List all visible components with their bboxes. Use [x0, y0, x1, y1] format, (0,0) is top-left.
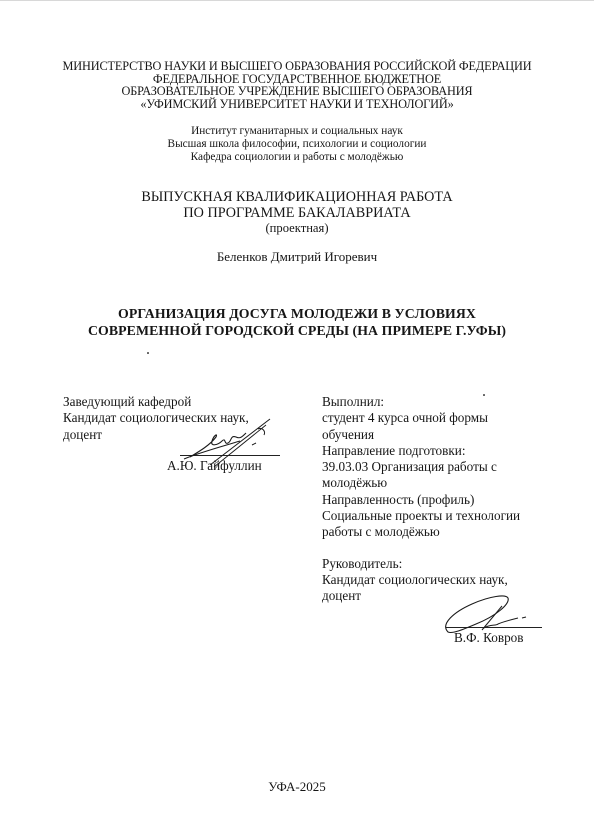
scan-speck [147, 352, 149, 354]
hod-position: Заведующий кафедрой [63, 394, 293, 410]
city-year: УФА-2025 [0, 779, 594, 795]
school-name: Высшая школа философии, психологии и соц… [0, 138, 594, 151]
profile-name: Социальные проекты и технологии [322, 508, 562, 524]
direction-code: 39.03.03 Организация работы с [322, 459, 562, 475]
direction-label: Направление подготовки: [322, 443, 562, 459]
performer-label: Выполнил: [322, 394, 562, 410]
supervisor-degree: Кандидат социологических наук, [322, 572, 562, 588]
ministry-line: МИНИСТЕРСТВО НАУКИ И ВЫСШЕГО ОБРАЗОВАНИЯ… [0, 60, 594, 73]
institute-name: Институт гуманитарных и социальных наук [0, 125, 594, 138]
university-name: «УФИМСКИЙ УНИВЕРСИТЕТ НАУКИ И ТЕХНОЛОГИЙ… [0, 98, 594, 111]
ministry-header: МИНИСТЕРСТВО НАУКИ И ВЫСШЕГО ОБРАЗОВАНИЯ… [0, 60, 594, 110]
thesis-type-block: ВЫПУСКНАЯ КВАЛИФИКАЦИОННАЯ РАБОТА ПО ПРО… [0, 189, 594, 236]
thesis-type-line: ПО ПРОГРАММЕ БАКАЛАВРИАТА [0, 205, 594, 221]
supervisor-name: В.Ф. Ковров [454, 630, 523, 646]
author-name: Беленков Дмитрий Игоревич [0, 249, 594, 265]
thesis-title: ОРГАНИЗАЦИЯ ДОСУГА МОЛОДЕЖИ В УСЛОВИЯХ С… [0, 306, 594, 339]
performer-block: Выполнил: студент 4 курса очной формы об… [322, 394, 562, 605]
supervisor-label: Руководитель: [322, 556, 562, 572]
institute-block: Институт гуманитарных и социальных наук … [0, 125, 594, 165]
spacer [322, 541, 562, 556]
ministry-line: ОБРАЗОВАТЕЛЬНОЕ УЧРЕЖДЕНИЕ ВЫСШЕГО ОБРАЗ… [0, 85, 594, 98]
thesis-type-line: ВЫПУСКНАЯ КВАЛИФИКАЦИОННАЯ РАБОТА [0, 189, 594, 205]
profile-label: Направленность (профиль) [322, 492, 562, 508]
thesis-title-line: ОРГАНИЗАЦИЯ ДОСУГА МОЛОДЕЖИ В УСЛОВИЯХ [0, 306, 594, 323]
performer-course-cont: обучения [322, 427, 562, 443]
direction-code-cont: молодёжью [322, 475, 562, 491]
profile-name-cont: работы с молодёжью [322, 524, 562, 540]
thesis-title-line: СОВРЕМЕННОЙ ГОРОДСКОЙ СРЕДЫ (НА ПРИМЕРЕ … [0, 323, 594, 340]
scan-top-edge [0, 0, 594, 1]
performer-course: студент 4 курса очной формы [322, 410, 562, 426]
thesis-subtype: (проектная) [0, 221, 594, 236]
hod-name: А.Ю. Гайфуллин [167, 458, 262, 474]
department-name: Кафедра социологии и работы с молодёжью [0, 151, 594, 164]
